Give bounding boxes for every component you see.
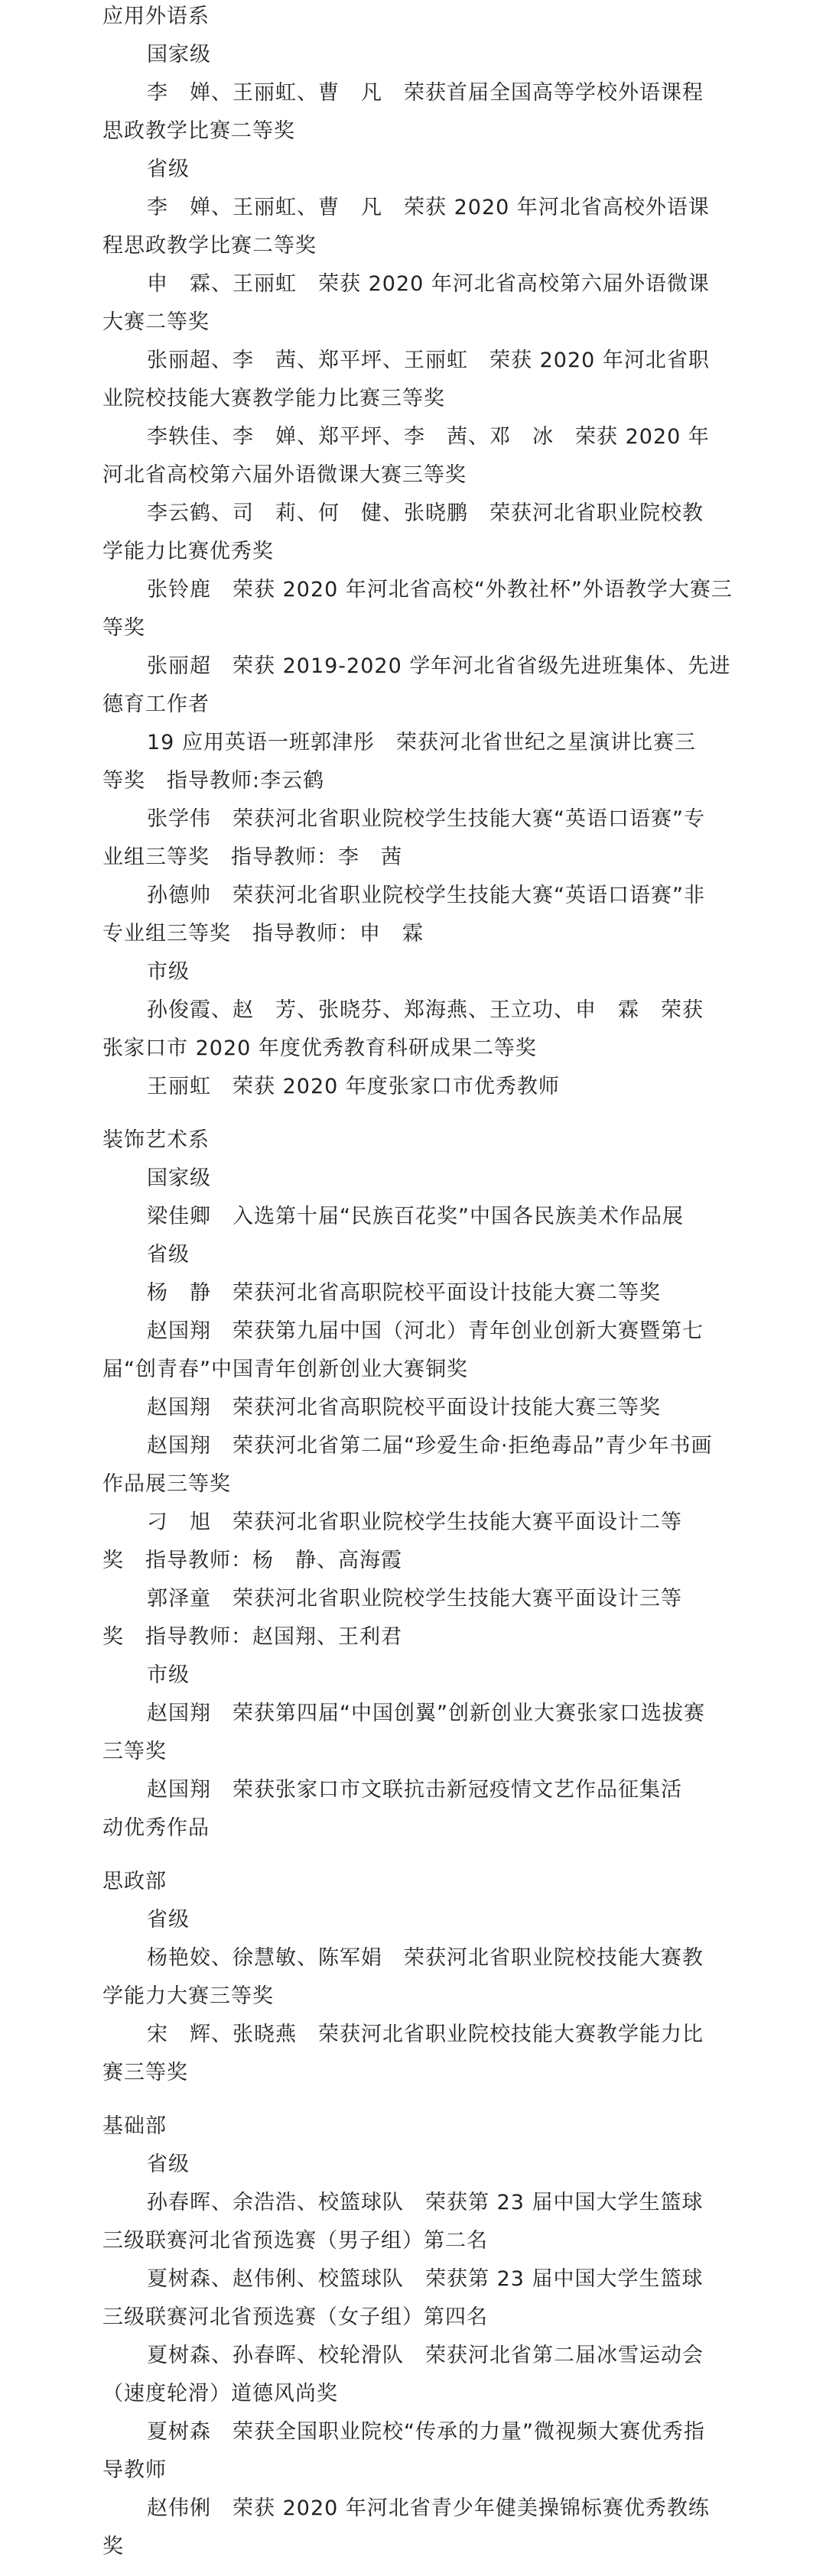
award-level-heading: 省级 — [0, 2146, 826, 2184]
award-entry-continuation: 奖 — [0, 2528, 826, 2566]
award-level-heading: 市级 — [0, 1656, 826, 1695]
department-section: 思政部省级杨艳姣、徐慧敏、陈军娟 荣获河北省职业院校技能大赛教学能力大赛三等奖宋… — [0, 1863, 826, 2092]
award-entry-continuation: 导教师 — [0, 2451, 826, 2490]
award-entry-continuation: 届“创青春”中国青年创新创业大赛铜奖 — [0, 1351, 826, 1389]
award-level-heading: 市级 — [0, 953, 826, 991]
award-entry-continuation: 业院校技能大赛教学能力比赛三等奖 — [0, 380, 826, 418]
award-entry-continuation: 张家口市 2020 年度优秀教育科研成果二等奖 — [0, 1030, 826, 1068]
award-entry-continuation: 作品展三等奖 — [0, 1465, 826, 1504]
award-level-heading: 国家级 — [0, 36, 826, 74]
award-entry-continuation: 动优秀作品 — [0, 1809, 826, 1848]
award-entry-continuation: 等奖 指导教师:李云鹤 — [0, 762, 826, 800]
award-entry-line: 赵伟俐 荣获 2020 年河北省青少年健美操锦标赛优秀教练 — [0, 2490, 826, 2528]
award-entry-line: 杨 静 荣获河北省高职院校平面设计技能大赛二等奖 — [0, 1274, 826, 1312]
award-entry-line: 孙俊霞、赵 芳、张晓芬、郑海燕、王立功、申 霖 荣获 — [0, 991, 826, 1030]
department-heading: 应用外语系 — [0, 0, 826, 36]
award-entry-line: 李 婵、王丽虹、曹 凡 荣获首届全国高等学校外语课程 — [0, 74, 826, 112]
award-entry-continuation: 业组三等奖 指导教师：李 茜 — [0, 839, 826, 877]
award-level-heading: 省级 — [0, 1236, 826, 1274]
award-entry-continuation: 专业组三等奖 指导教师：申 霖 — [0, 915, 826, 953]
award-entry-line: 张丽超、李 茜、郑平坪、王丽虹 荣获 2020 年河北省职 — [0, 342, 826, 380]
award-entry-line: 刁 旭 荣获河北省职业院校学生技能大赛平面设计二等 — [0, 1504, 826, 1542]
award-entry-continuation: 河北省高校第六届外语微课大赛三等奖 — [0, 456, 826, 495]
award-entry-line: 夏树森、赵伟俐、校篮球队 荣获第 23 届中国大学生篮球 — [0, 2260, 826, 2299]
department-section: 应用外语系国家级李 婵、王丽虹、曹 凡 荣获首届全国高等学校外语课程思政教学比赛… — [0, 0, 826, 1106]
award-entry-line: 张丽超 荣获 2019-2020 学年河北省省级先进班集体、先进 — [0, 647, 826, 686]
award-entry-continuation: 学能力比赛优秀奖 — [0, 533, 826, 571]
award-entry-line: 孙德帅 荣获河北省职业院校学生技能大赛“英语口语赛”非 — [0, 877, 826, 915]
award-entry-continuation: 三等奖 — [0, 1733, 826, 1771]
award-entry-line: 赵国翔 荣获张家口市文联抗击新冠疫情文艺作品征集活 — [0, 1771, 826, 1809]
award-entry-line: 李轶佳、李 婵、郑平坪、李 茜、邓 冰 荣获 2020 年 — [0, 418, 826, 456]
award-entry-continuation: 奖 指导教师：杨 静、高海霞 — [0, 1542, 826, 1580]
award-entry-line: 李云鹤、司 莉、何 健、张晓鹏 荣获河北省职业院校教 — [0, 495, 826, 533]
department-section: 装饰艺术系国家级梁佳卿 入选第十届“民族百花奖”中国各民族美术作品展省级杨 静 … — [0, 1121, 826, 1848]
department-heading: 思政部 — [0, 1863, 826, 1901]
award-entry-line: 宋 辉、张晓燕 荣获河北省职业院校技能大赛教学能力比 — [0, 2016, 826, 2054]
award-entry-line: 孙春晖、余浩浩、校篮球队 荣获第 23 届中国大学生篮球 — [0, 2184, 826, 2222]
award-entry-continuation: 等奖 — [0, 609, 826, 647]
award-entry-line: 李 婵、王丽虹、曹 凡 荣获 2020 年河北省高校外语课 — [0, 189, 826, 227]
award-entry-line: 张铃鹿 荣获 2020 年河北省高校“外教社杯”外语教学大赛三 — [0, 571, 826, 609]
award-entry-line: 赵国翔 荣获第九届中国（河北）青年创业创新大赛暨第七 — [0, 1312, 826, 1351]
award-entry-line: 赵国翔 荣获河北省第二届“珍爱生命·拒绝毒品”青少年书画 — [0, 1427, 826, 1465]
awards-document: 应用外语系国家级李 婵、王丽虹、曹 凡 荣获首届全国高等学校外语课程思政教学比赛… — [0, 0, 826, 2566]
award-entry-continuation: 三级联赛河北省预选赛（男子组）第二名 — [0, 2222, 826, 2260]
department-heading: 装饰艺术系 — [0, 1121, 826, 1160]
department-heading: 基础部 — [0, 2107, 826, 2146]
award-level-heading: 国家级 — [0, 1160, 826, 1198]
award-entry-line: 郭泽童 荣获河北省职业院校学生技能大赛平面设计三等 — [0, 1580, 826, 1618]
award-entry-line: 杨艳姣、徐慧敏、陈军娟 荣获河北省职业院校技能大赛教 — [0, 1939, 826, 1977]
award-entry-line: 赵国翔 荣获河北省高职院校平面设计技能大赛三等奖 — [0, 1389, 826, 1427]
award-entry-continuation: 赛三等奖 — [0, 2054, 826, 2092]
award-entry-line: 申 霖、王丽虹 荣获 2020 年河北省高校第六届外语微课 — [0, 265, 826, 303]
award-entry-line: 夏树森 荣获全国职业院校“传承的力量”微视频大赛优秀指 — [0, 2413, 826, 2451]
award-entry-line: 王丽虹 荣获 2020 年度张家口市优秀教师 — [0, 1068, 826, 1106]
award-entry-continuation: 德育工作者 — [0, 686, 826, 724]
award-entry-line: 19 应用英语一班郭津彤 荣获河北省世纪之星演讲比赛三 — [0, 724, 826, 762]
award-entry-continuation: （速度轮滑）道德风尚奖 — [0, 2375, 826, 2413]
award-entry-continuation: 学能力大赛三等奖 — [0, 1977, 826, 2016]
award-entry-line: 夏树森、孙春晖、校轮滑队 荣获河北省第二届冰雪运动会 — [0, 2337, 826, 2375]
award-entry-continuation: 大赛二等奖 — [0, 303, 826, 342]
award-entry-continuation: 奖 指导教师：赵国翔、王利君 — [0, 1618, 826, 1656]
award-level-heading: 省级 — [0, 151, 826, 189]
award-entry-line: 梁佳卿 入选第十届“民族百花奖”中国各民族美术作品展 — [0, 1198, 826, 1236]
award-entry-continuation: 思政教学比赛二等奖 — [0, 112, 826, 151]
award-level-heading: 省级 — [0, 1901, 826, 1939]
award-entry-continuation: 程思政教学比赛二等奖 — [0, 227, 826, 265]
award-entry-continuation: 三级联赛河北省预选赛（女子组）第四名 — [0, 2299, 826, 2337]
award-entry-line: 赵国翔 荣获第四届“中国创翼”创新创业大赛张家口选拔赛 — [0, 1695, 826, 1733]
department-section: 基础部省级孙春晖、余浩浩、校篮球队 荣获第 23 届中国大学生篮球三级联赛河北省… — [0, 2107, 826, 2566]
award-entry-line: 张学伟 荣获河北省职业院校学生技能大赛“英语口语赛”专 — [0, 800, 826, 839]
